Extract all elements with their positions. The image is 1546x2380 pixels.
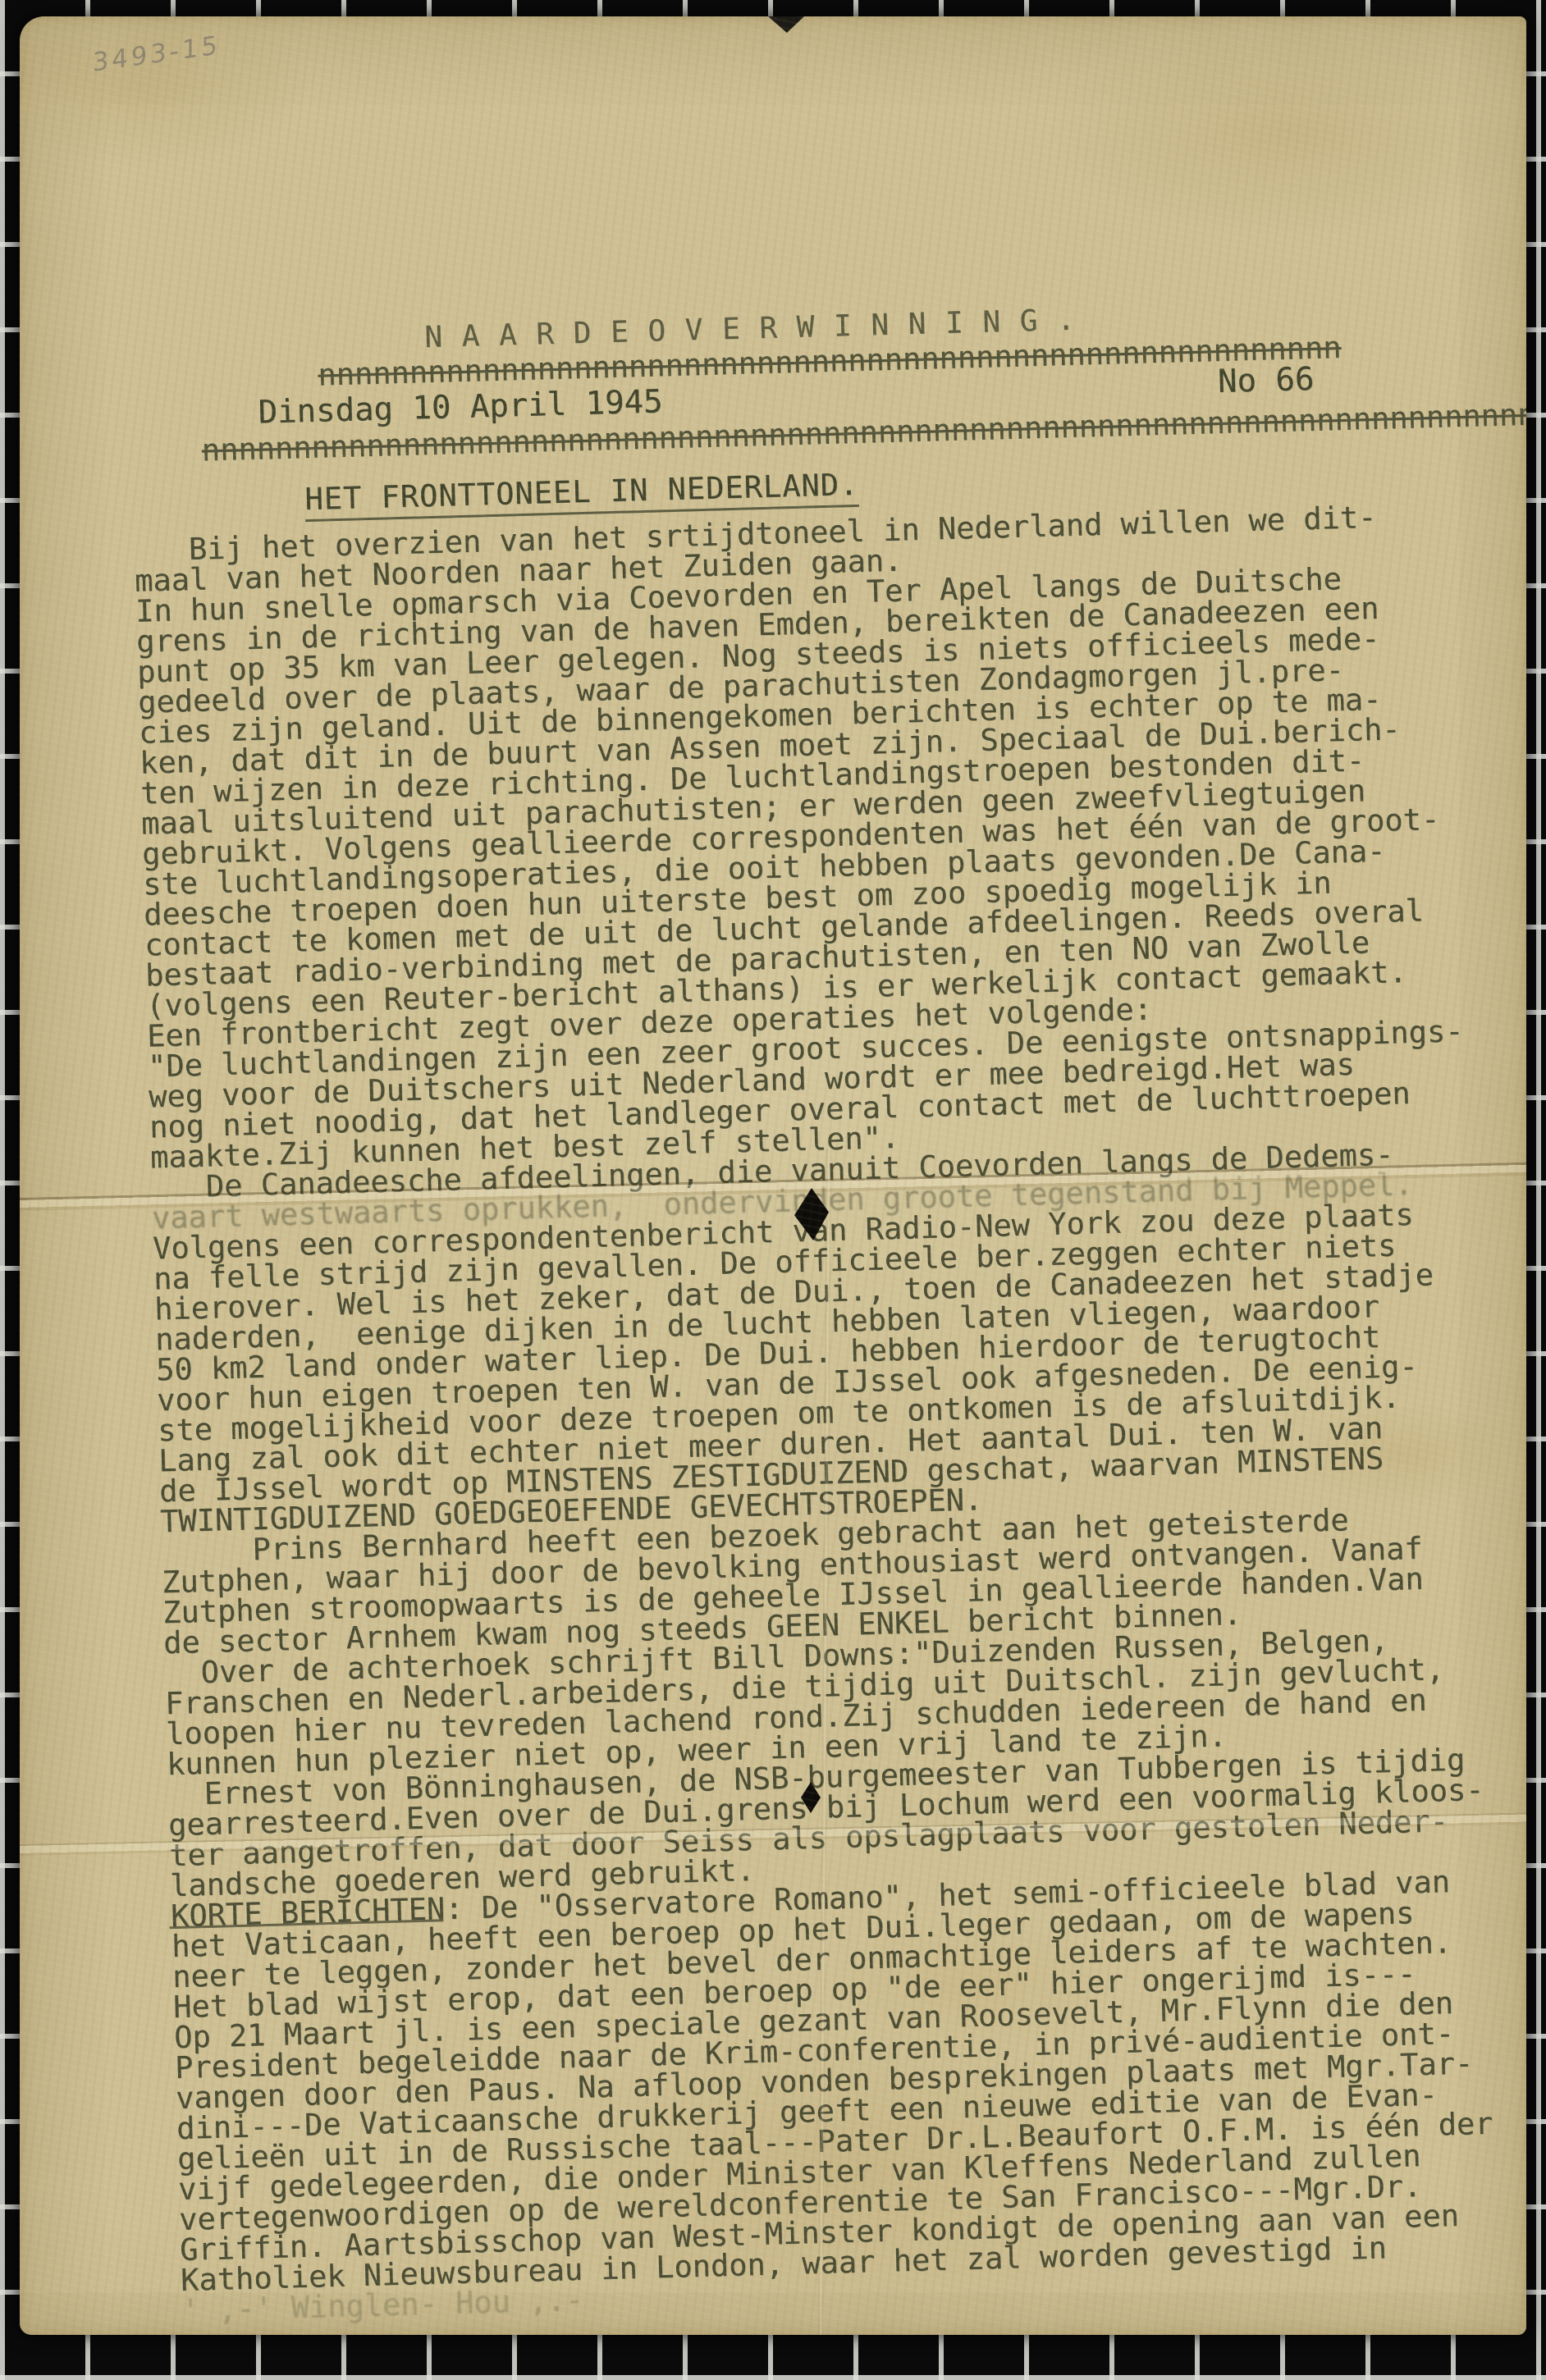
article-heading: HET FRONTTONEEL IN NEDERLAND. xyxy=(304,467,859,517)
body-text: Bij het overzien van het srtijdtoneel in… xyxy=(134,499,1526,2326)
masthead-issue-number: No 66 xyxy=(1217,361,1315,400)
typewritten-text-layer: N A A R D E O V E R W I N N I N G . nnnn… xyxy=(20,16,1526,2335)
photo-background: { "theme":{ "background":"#0a0a0a", "gri… xyxy=(0,0,1546,2380)
newspaper-page: 3493-15 N A A R D E O V E R W I N N I N … xyxy=(20,16,1526,2335)
